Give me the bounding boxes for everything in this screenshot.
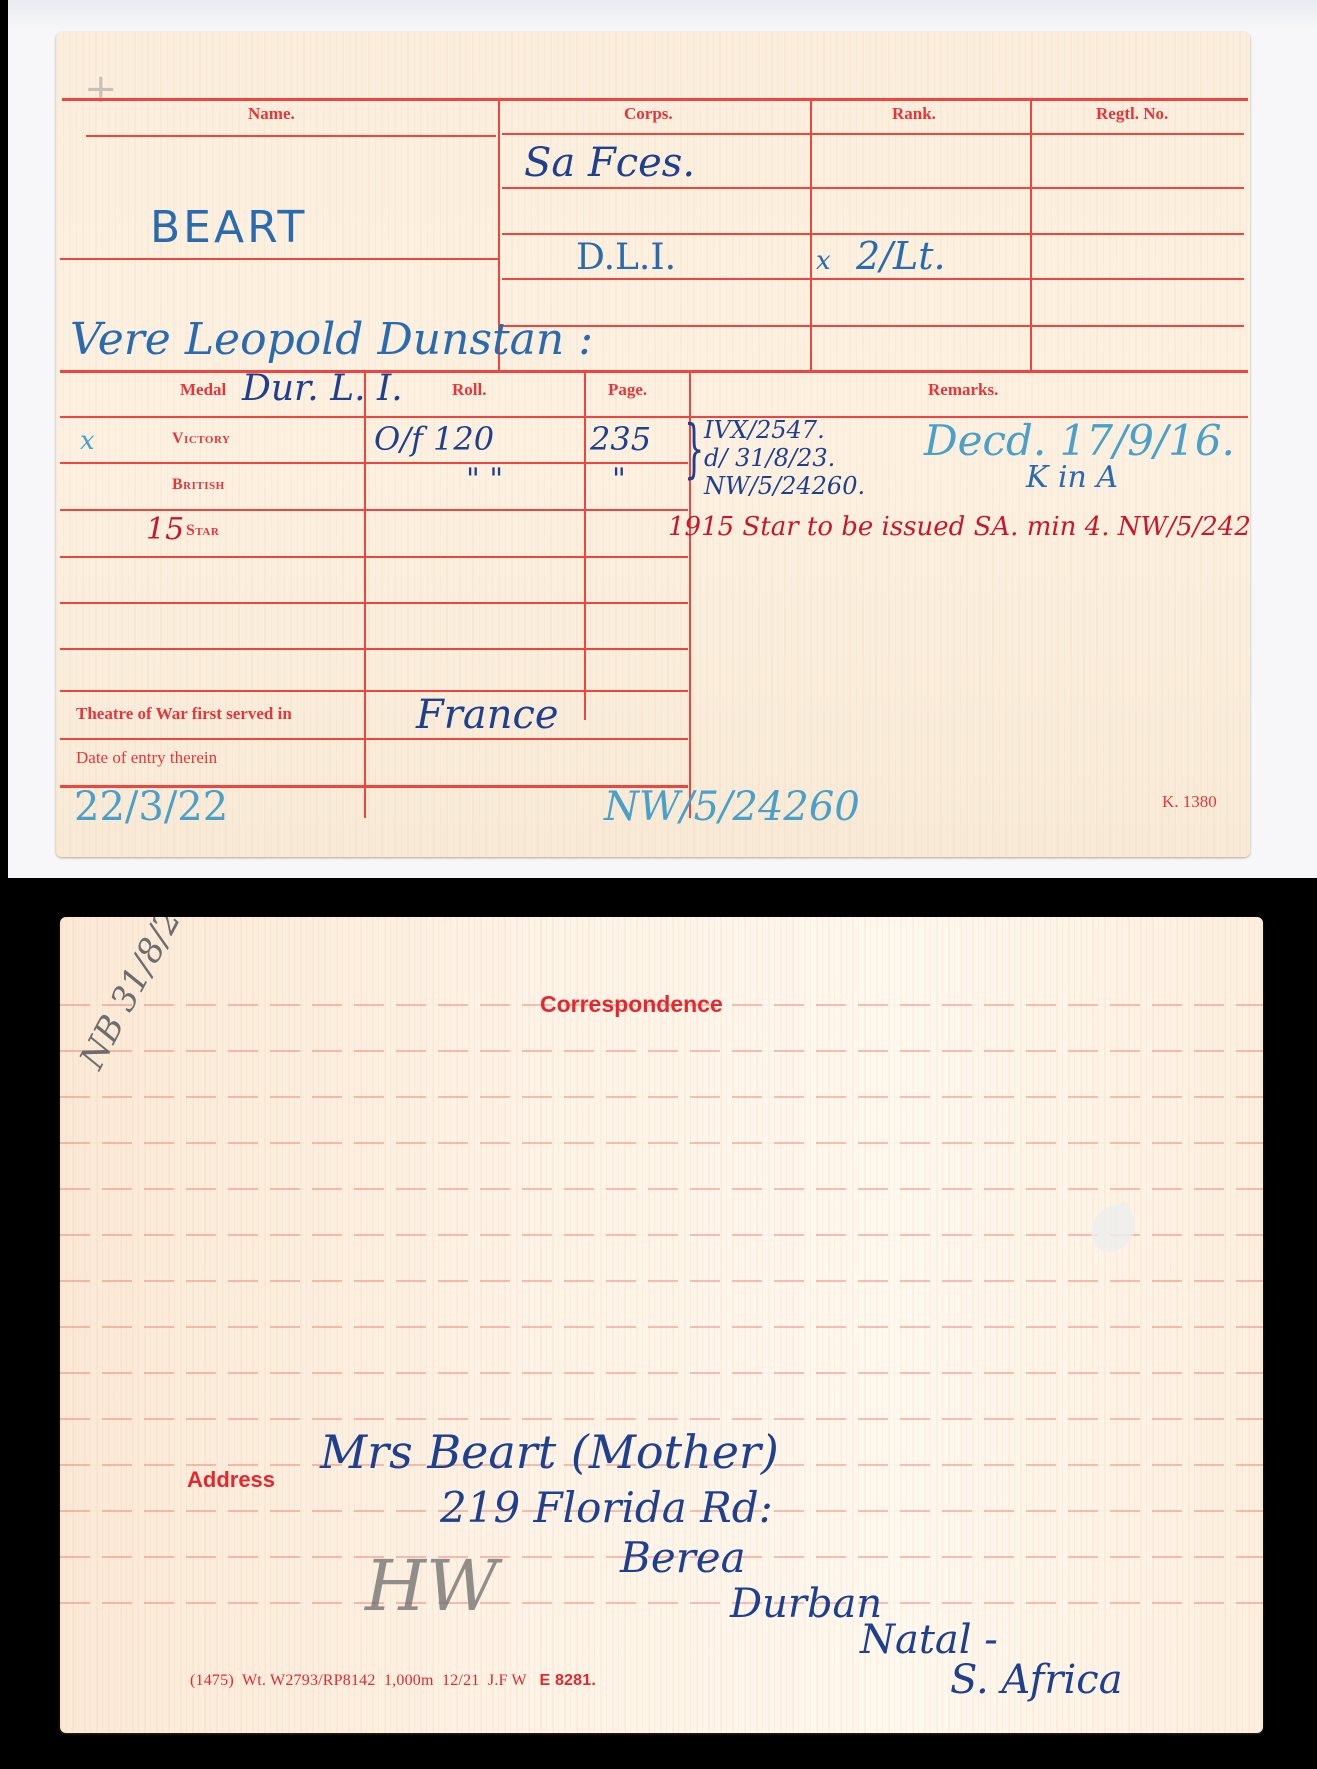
divider-roll-page bbox=[584, 372, 586, 720]
remarks-cause: K in A bbox=[1026, 460, 1118, 495]
medal-index-card: + Name. Corps. Rank. Regtl. No. BEART Ve… bbox=[56, 32, 1250, 857]
watermark-leaf bbox=[1084, 1200, 1142, 1257]
medal-mark-victory: x bbox=[80, 426, 95, 456]
rank-mark: x bbox=[816, 246, 831, 276]
date-entry-label: Date of entry therein bbox=[76, 748, 217, 768]
faint-rule bbox=[60, 1142, 1263, 1144]
faint-rule bbox=[60, 1280, 1263, 1282]
corps-entry-1: Sa Fces. bbox=[524, 140, 695, 186]
print-wt: Wt. W2793/RP8142 bbox=[242, 1672, 376, 1689]
faint-rule bbox=[60, 1096, 1263, 1098]
correspondence-title: Correspondence bbox=[540, 991, 723, 1018]
rule-row-4 bbox=[502, 278, 1244, 280]
rule-medal-row-4 bbox=[60, 602, 688, 604]
faint-rule bbox=[60, 1188, 1263, 1190]
address-line-3: Berea bbox=[620, 1533, 746, 1582]
rule-row-2 bbox=[502, 187, 1244, 189]
rule-name-1 bbox=[86, 135, 496, 137]
roll-british: " " bbox=[466, 462, 503, 497]
remarks-line-3: NW/5/24260. bbox=[704, 472, 865, 500]
corps-entry-2: D.L.I. bbox=[576, 237, 676, 278]
faint-rule bbox=[60, 1602, 1263, 1604]
address-line-1: Mrs Beart (Mother) bbox=[320, 1425, 779, 1479]
print-code: (1475) bbox=[190, 1672, 234, 1689]
faint-rule bbox=[60, 1418, 1263, 1420]
print-form: E 8281. bbox=[539, 1672, 596, 1689]
forenames: Vere Leopold Dunstan : bbox=[70, 314, 593, 365]
footer-date: 22/3/22 bbox=[74, 784, 228, 830]
rule-medal-row-2 bbox=[60, 509, 688, 511]
medal-mark-star: 15 bbox=[146, 512, 184, 547]
rule-medal-row-5 bbox=[60, 648, 688, 650]
footer-ref: NW/5/24260 bbox=[604, 784, 860, 830]
rule-medal-row-3 bbox=[60, 556, 688, 558]
remarks-bracket: } bbox=[684, 412, 704, 486]
rule-name-2 bbox=[60, 258, 498, 260]
annotation-regiment: Dur. L. I. bbox=[242, 368, 403, 409]
pencil-initials: HW bbox=[365, 1545, 498, 1627]
roll-victory: O/f 120 bbox=[374, 420, 494, 458]
page-victory: 235 bbox=[590, 420, 651, 458]
medal-victory: Victory bbox=[172, 430, 230, 448]
rule-medal-top bbox=[60, 370, 1248, 373]
correspondence-card: NB 31/8/23 Correspondence Address Mrs Be… bbox=[60, 917, 1263, 1733]
address-line-2: 219 Florida Rd: bbox=[440, 1483, 773, 1532]
header-regtl-no: Regtl. No. bbox=[1096, 104, 1168, 124]
address-label: Address bbox=[187, 1467, 275, 1493]
header-roll: Roll. bbox=[452, 380, 486, 400]
page-british: " bbox=[612, 462, 626, 497]
header-corps: Corps. bbox=[624, 104, 673, 124]
remarks-red-note: 1915 Star to be issued SA. min 4. NW/5/2… bbox=[668, 512, 1250, 542]
rule-top bbox=[62, 98, 1248, 101]
medal-star: Star bbox=[186, 522, 219, 540]
rule-theatre-bottom bbox=[60, 738, 688, 740]
surname: BEART bbox=[150, 202, 307, 253]
divider-medal-roll bbox=[364, 372, 366, 818]
divider-rank-regtl bbox=[1030, 100, 1032, 372]
address-line-6: S. Africa bbox=[950, 1657, 1123, 1703]
rank-entry: 2/Lt. bbox=[856, 234, 946, 278]
theatre-value: France bbox=[416, 692, 559, 738]
rule-row-1 bbox=[502, 133, 1244, 135]
header-page: Page. bbox=[608, 380, 647, 400]
faint-rule bbox=[60, 1326, 1263, 1328]
print-printer: J.F W bbox=[488, 1672, 527, 1689]
remarks-deceased: Decd. 17/9/16. bbox=[924, 416, 1235, 465]
faint-rule bbox=[60, 1372, 1263, 1374]
form-number: K. 1380 bbox=[1162, 792, 1217, 812]
faint-rule bbox=[60, 1050, 1263, 1052]
header-rank: Rank. bbox=[892, 104, 936, 124]
faint-rule bbox=[60, 1234, 1263, 1236]
header-remarks: Remarks. bbox=[928, 380, 998, 400]
rule-row-5 bbox=[502, 325, 1244, 327]
print-qty: 1,000m bbox=[384, 1672, 434, 1689]
print-date: 12/21 bbox=[442, 1672, 479, 1689]
header-medal: Medal bbox=[180, 380, 226, 400]
rule-theatre-top bbox=[60, 690, 688, 692]
print-line: (1475) Wt. W2793/RP8142 1,000m 12/21 J.F… bbox=[190, 1672, 596, 1690]
remarks-line-1: IVX/2547. bbox=[704, 416, 825, 444]
pencil-mark: + bbox=[84, 66, 118, 112]
remarks-line-2: d/ 31/8/23. bbox=[704, 444, 835, 472]
divider-corps-rank bbox=[810, 100, 812, 372]
header-name: Name. bbox=[248, 104, 295, 124]
rule-medal-row-1 bbox=[60, 462, 688, 464]
medal-british: British bbox=[172, 476, 225, 494]
theatre-label: Theatre of War first served in bbox=[76, 704, 292, 724]
